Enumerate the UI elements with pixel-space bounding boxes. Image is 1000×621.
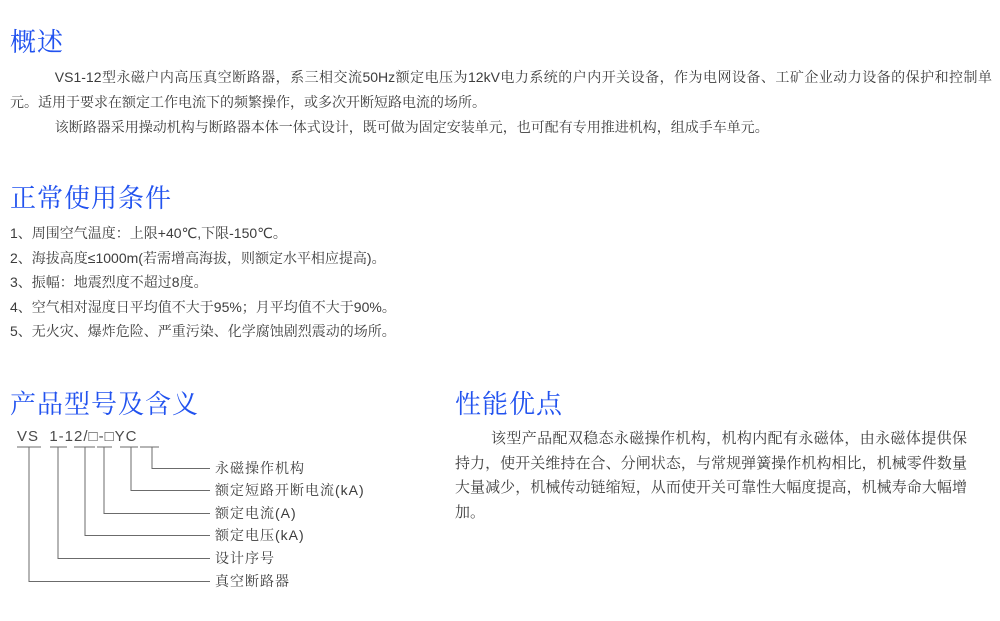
overview-paragraph-2: 该断路器采用操动机构与断路器本体一体式设计，既可做为固定安装单元，也可配有专用推… [10, 115, 992, 140]
section-advantages: 性能优点 该型产品配双稳态永磁操作机构，机构内配有永磁体，由永磁体提供保持力，使… [455, 388, 967, 525]
model-label-rated-current: 额定电流(A) [215, 505, 297, 521]
condition-item-1: 1、周围空气温度：上限+40℃,下限-150℃。 [10, 221, 992, 246]
section-model-meaning: 产品型号及含义 VS 1-12/□-□YC 永磁操作机构 额定短路开断电流(kA… [10, 388, 450, 608]
condition-item-5: 5、无火灾、爆炸危险、严重污染、化学腐蚀剧烈震动的场所。 [10, 319, 992, 344]
condition-item-2: 2、海拔高度≤1000m(若需增高海拔，则额定水平相应提高)。 [10, 246, 992, 271]
model-label-rated-voltage: 额定电压(kA) [215, 527, 305, 543]
overview-paragraph-1: VS1-12型永磁户内高压真空断路器，系三相交流50Hz额定电压为12kV电力系… [10, 65, 992, 115]
section-overview: 概述 VS1-12型永磁户内高压真空断路器，系三相交流50Hz额定电压为12kV… [10, 26, 992, 140]
model-label-rated-short-circuit-breaking-current: 额定短路开断电流(kA) [215, 482, 365, 498]
document-page: 概述 VS1-12型永磁户内高压真空断路器，系三相交流50Hz额定电压为12kV… [0, 0, 1000, 621]
model-label-design-serial-number: 设计序号 [215, 550, 275, 566]
model-label-permanent-magnet-mechanism: 永磁操作机构 [215, 460, 305, 476]
condition-item-4: 4、空气相对湿度日平均值不大于95%；月平均值不大于90%。 [10, 295, 992, 320]
model-code-diagram: VS 1-12/□-□YC 永磁操作机构 额定短路开断电流(kA) 额定电流(A… [10, 428, 450, 608]
condition-item-3: 3、振幅：地震烈度不超过8度。 [10, 270, 992, 295]
overview-title: 概述 [10, 26, 992, 58]
model-meaning-title: 产品型号及含义 [10, 388, 450, 420]
normal-conditions-title: 正常使用条件 [10, 182, 992, 214]
section-normal-conditions: 正常使用条件 1、周围空气温度：上限+40℃,下限-150℃。 2、海拔高度≤1… [10, 182, 992, 344]
normal-conditions-list: 1、周围空气温度：上限+40℃,下限-150℃。 2、海拔高度≤1000m(若需… [10, 221, 992, 344]
model-label-vacuum-circuit-breaker: 真空断路器 [215, 573, 290, 589]
advantages-paragraph: 该型产品配双稳态永磁操作机构，机构内配有永磁体，由永磁体提供保持力，使开关维持在… [455, 427, 967, 525]
advantages-title: 性能优点 [455, 388, 967, 420]
